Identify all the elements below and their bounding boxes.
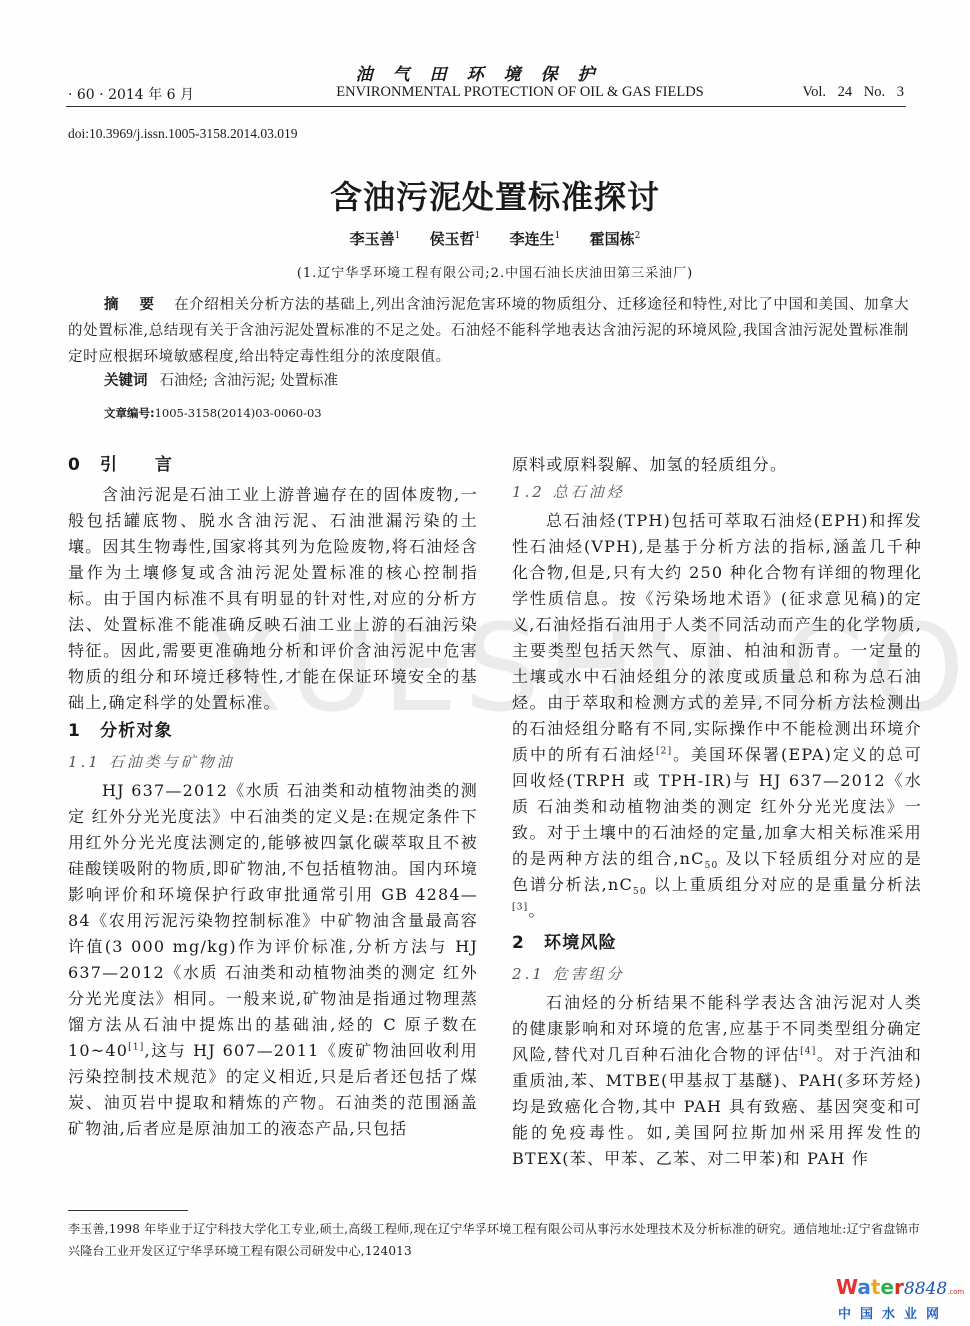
paragraph: HJ 637—2012《水质 石油类和动植物油类的测定 红外分光光度法》中石油类… [68,778,478,1142]
section-heading-2: 2环境风险 [512,930,922,960]
affiliations: (1.辽宁华孚环境工程有限公司;2.中国石油长庆油田第三采油厂) [0,262,970,281]
citation-2[interactable]: [2] [656,747,672,757]
author: 霍国栋2 [590,230,641,248]
section-heading-1: 1分析对象 [68,718,478,748]
paragraph: 石油烃的分析结果不能科学表达含油污泥对人类的健康影响和对环境的危害,应基于不同类… [512,990,922,1172]
volume-issue: Vol. 24 No. 3 [803,84,904,101]
section-heading-0: 0引 言 [68,452,478,482]
logo-wordmark: Water8848.com [836,1276,966,1303]
footnote-divider [68,1210,188,1211]
logo-chinese-name: 中国水业网 [838,1303,966,1322]
abstract: 摘 要在介绍相关分析方法的基础上,列出含油污泥危害环境的物质组分、迁移途径和特性… [68,292,918,370]
keywords: 关键词石油烃; 含油污泥; 处置标准 [104,369,338,390]
author: 李玉善1 [350,230,401,248]
subsection-heading-2-1: 2.1 危害组分 [512,960,922,990]
article-number-label: 文章编号: [104,406,155,420]
author-list: 李玉善1 侯玉哲1 李连生1 霍国栋2 [0,228,970,249]
journal-name-cn: 油气田环境保护 [0,60,970,85]
right-column: 原料或原料裂解、加氢的轻质组分。 1.2 总石油烃 总石油烃(TPH)包括可萃取… [512,452,922,1172]
header-divider [66,106,906,107]
citation-1[interactable]: [1] [128,1043,144,1053]
author-footnote: 李玉善,1998 年毕业于辽宁科技大学化工专业,硕士,高级工程师,现在辽宁华孚环… [68,1218,920,1262]
subsection-heading-1-1: 1.1 石油类与矿物油 [68,748,478,778]
citation-4[interactable]: [4] [800,1047,816,1057]
abstract-label: 摘 要 [104,297,162,313]
author: 李连生1 [510,230,561,248]
abstract-text: 在介绍相关分析方法的基础上,列出含油污泥危害环境的物质组分、迁移途径和特性,对比… [68,297,909,365]
author: 侯玉哲1 [430,230,481,248]
water8848-logo[interactable]: Water8848.com 中国水业网 [836,1276,966,1322]
article-number: 文章编号:1005-3158(2014)03-0060-03 [104,405,322,421]
paragraph-continued: 原料或原料裂解、加氢的轻质组分。 [512,452,922,478]
doi[interactable]: doi:10.3969/j.issn.1005-3158.2014.03.019 [68,126,298,142]
subsection-heading-1-2: 1.2 总石油烃 [512,478,922,508]
paragraph: 总石油烃(TPH)包括可萃取石油烃(EPH)和挥发性石油烃(VPH),是基于分析… [512,508,922,924]
keywords-label: 关键词 [104,373,148,389]
left-column: 0引 言 含油污泥是石油工业上游普遍存在的固体废物,一般包括罐底物、脱水含油污泥… [68,452,478,1142]
paragraph: 含油污泥是石油工业上游普遍存在的固体废物,一般包括罐底物、脱水含油污泥、石油泄漏… [68,482,478,716]
keywords-text: 石油烃; 含油污泥; 处置标准 [160,373,339,389]
paper-title: 含油污泥处置标准探讨 [0,172,970,218]
citation-3[interactable]: [3] [512,903,528,913]
